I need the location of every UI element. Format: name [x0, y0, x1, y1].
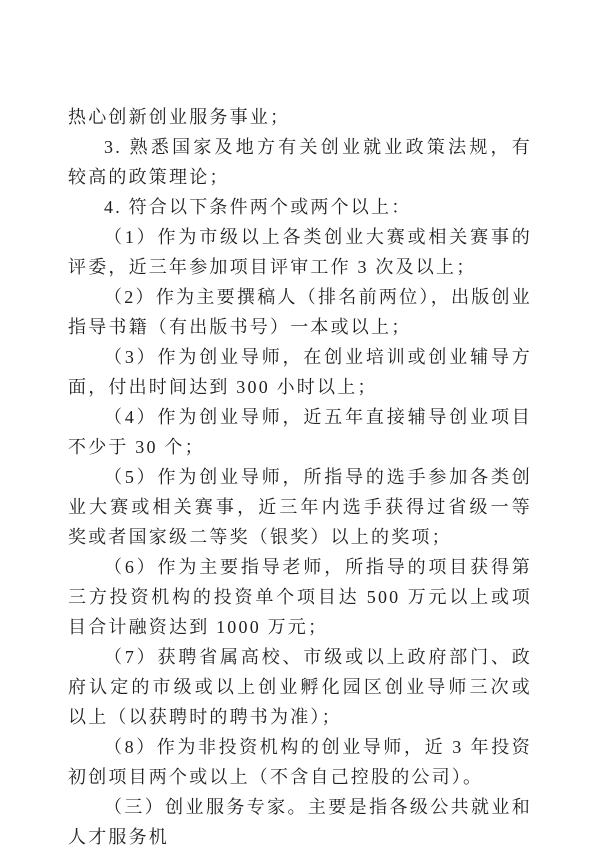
document-page: 热心创新创业服务事业； 3. 熟悉国家及地方有关创业就业政策法规，有较高的政策理… — [0, 0, 600, 848]
paragraph: 3. 熟悉国家及地方有关创业就业政策法规，有较高的政策理论； — [68, 132, 532, 192]
paragraph: （2）作为主要撰稿人（排名前两位），出版创业指导书籍（有出版书号）一本或以上； — [68, 282, 532, 342]
paragraph: （1）作为市级以上各类创业大赛或相关赛事的评委，近三年参加项目评审工作 3 次及… — [68, 222, 532, 282]
paragraph: （3）作为创业导师，在创业培训或创业辅导方面，付出时间达到 300 小时以上； — [68, 342, 532, 402]
paragraph: （5）作为创业导师，所指导的选手参加各类创业大赛或相关赛事，近三年内选手获得过省… — [68, 462, 532, 552]
document-text-block: 热心创新创业服务事业； 3. 熟悉国家及地方有关创业就业政策法规，有较高的政策理… — [68, 102, 532, 848]
paragraph: （4）作为创业导师，近五年直接辅导创业项目不少于 30 个； — [68, 402, 532, 462]
paragraph: （7）获聘省属高校、市级或以上政府部门、政府认定的市级或以上创业孵化园区创业导师… — [68, 642, 532, 732]
paragraph: 热心创新创业服务事业； — [68, 102, 532, 132]
paragraph: （8）作为非投资机构的创业导师，近 3 年投资初创项目两个或以上（不含自己控股的… — [68, 732, 532, 792]
paragraph: 4. 符合以下条件两个或两个以上： — [68, 192, 532, 222]
paragraph: （三）创业服务专家。主要是指各级公共就业和人才服务机 — [68, 792, 532, 848]
paragraph: （6）作为主要指导老师，所指导的项目获得第三方投资机构的投资单个项目达 500 … — [68, 552, 532, 642]
